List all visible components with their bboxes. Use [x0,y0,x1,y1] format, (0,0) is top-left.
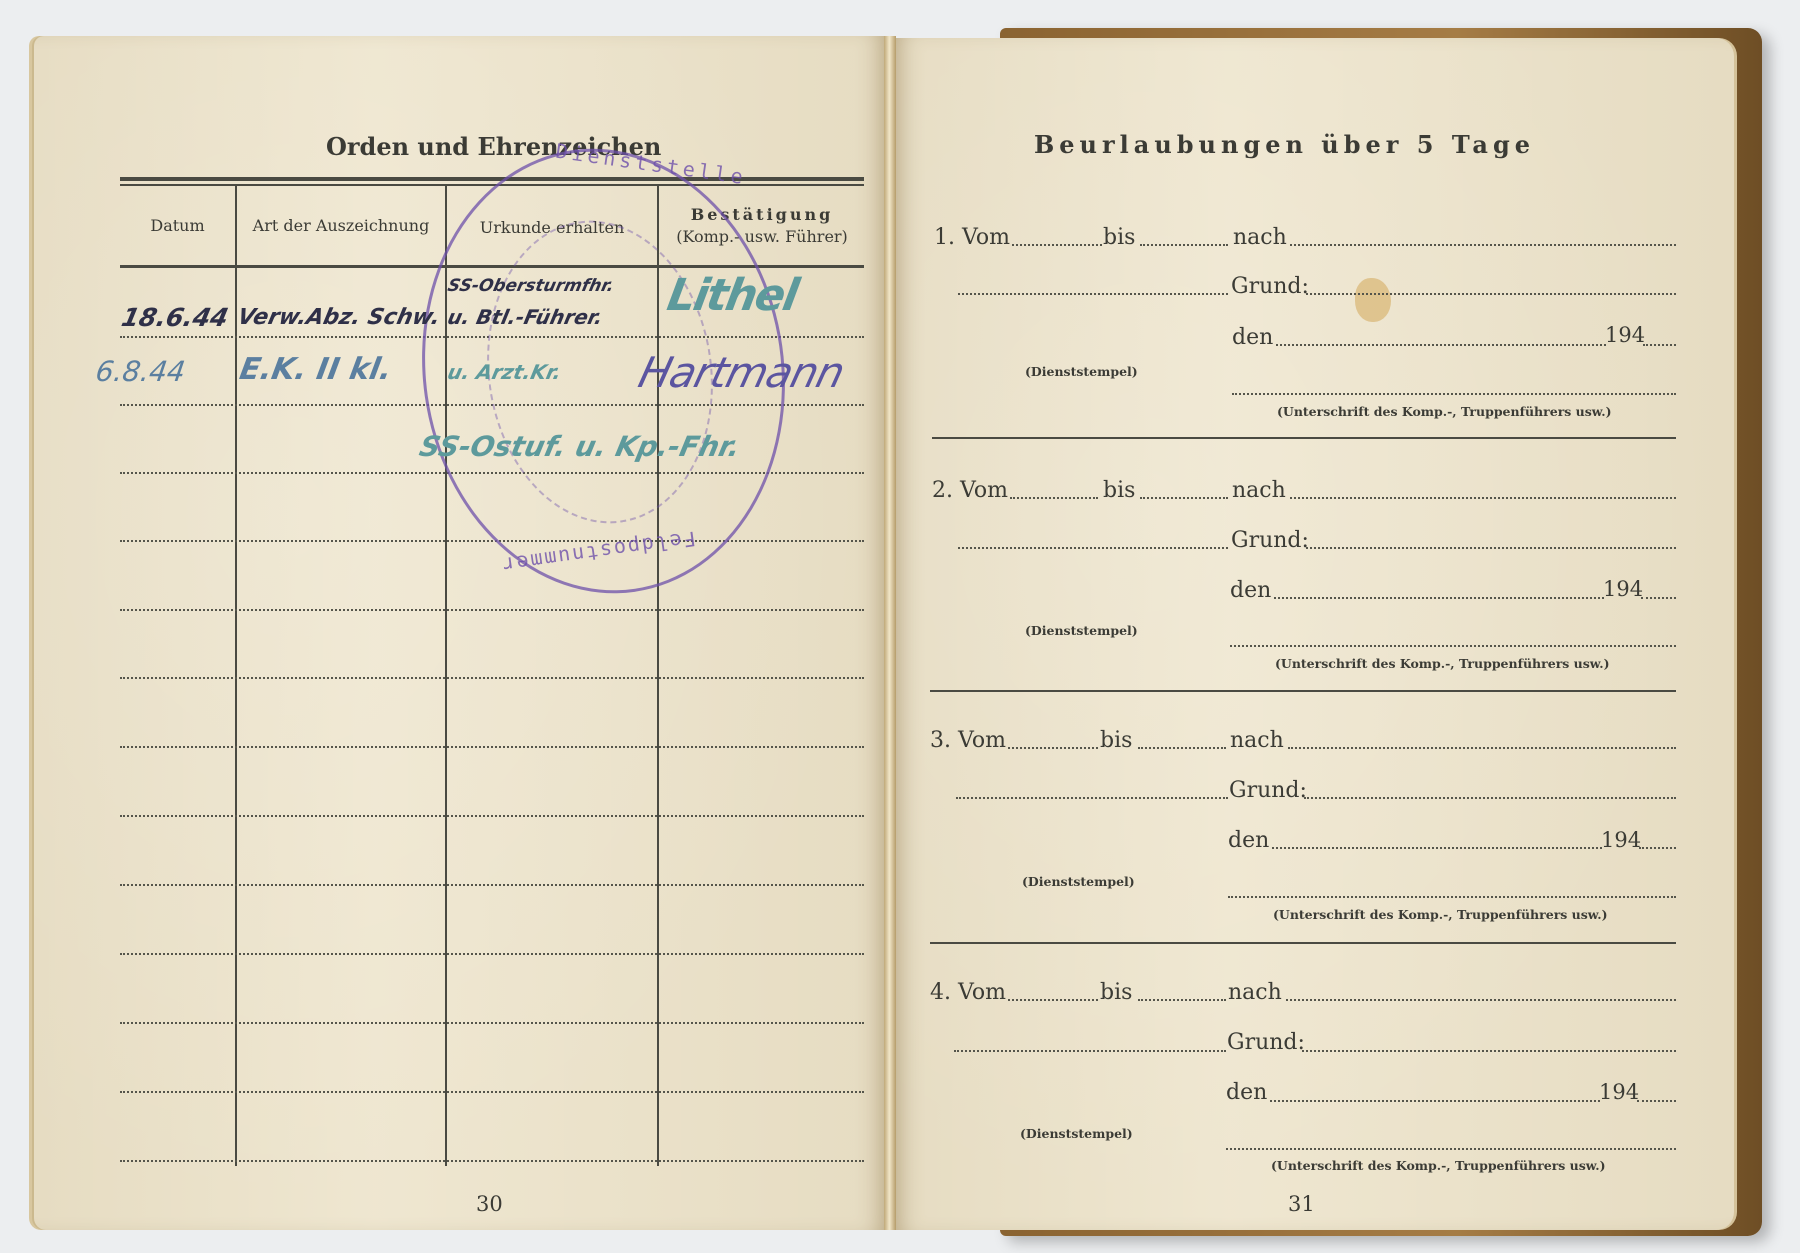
to-label: bis [1100,728,1132,753]
table-row-line [120,746,864,748]
column-divider [235,186,237,1166]
from-field[interactable] [1012,244,1102,246]
entry-2-signature: Hartmann [634,348,849,397]
to-field[interactable] [1138,999,1226,1001]
year-prefix: 194 [1603,577,1643,601]
from-field[interactable] [1010,497,1098,499]
to-label: bis [1103,478,1135,503]
col-header-award-type: Art der Auszeichnung [237,215,445,237]
destination-field[interactable] [1286,999,1676,1001]
destination-field-continued[interactable] [958,293,1228,295]
to-field[interactable] [1140,244,1228,246]
right-page-number: 31 [1288,1192,1315,1216]
table-row-line [120,540,864,542]
entry-number: 2. Vom [932,478,1008,503]
paper-stain [1355,278,1391,322]
table-row-line [120,815,864,817]
date-field[interactable] [1270,1100,1600,1102]
destination-label: nach [1230,728,1284,753]
entry-number: 3. Vom [930,728,1006,753]
table-row-line [120,1160,864,1162]
to-label: bis [1103,225,1135,250]
signature-caption: (Unterschrift des Komp.-, Truppenführers… [1275,656,1610,671]
from-field[interactable] [1008,747,1098,749]
year-prefix: 194 [1605,323,1645,347]
entry-1-certificate-line1: SS-Obersturmfhr. [446,276,616,296]
signature-caption: (Unterschrift des Komp.-, Truppenführers… [1273,907,1608,922]
entry-2-certificate: u. Arzt.Kr. [445,360,563,384]
entry-2-date: 6.8.44 [94,355,188,388]
destination-field[interactable] [1290,497,1676,499]
signature-caption: (Unterschrift des Komp.-, Truppenführers… [1277,404,1612,419]
year-prefix: 194 [1601,828,1641,852]
to-label: bis [1100,980,1132,1005]
entry-3-rank-note: SS-Ostuf. u. Kp.-Fhr. [416,430,743,463]
stamp-caption: (Dienststempel) [1020,1126,1133,1141]
year-field[interactable] [1639,847,1676,849]
destination-label: nach [1233,225,1287,250]
table-row-line [120,677,864,679]
destination-field-continued[interactable] [954,1050,1226,1052]
title-double-rule-top [120,177,864,181]
reason-field[interactable] [1306,547,1676,549]
left-page-number: 30 [476,1192,503,1216]
date-field[interactable] [1272,847,1602,849]
reason-field[interactable] [1302,1050,1676,1052]
date-label: den [1232,325,1273,350]
table-row-line [120,884,864,886]
entry-2-award: E.K. II kl. [237,352,395,387]
destination-label: nach [1232,478,1286,503]
stamp-caption: (Dienststempel) [1025,623,1138,638]
entry-1-award: Verw.Abz. Schw. [235,305,442,330]
date-label: den [1230,578,1271,603]
stamp-caption: (Dienststempel) [1025,364,1138,379]
col-header-date: Datum [120,215,235,237]
year-field[interactable] [1637,1100,1676,1102]
reason-label: Grund: [1227,1030,1305,1055]
year-field[interactable] [1641,597,1676,599]
destination-field-continued[interactable] [956,797,1228,799]
destination-field[interactable] [1290,244,1676,246]
table-row-line [120,953,864,955]
signature-field[interactable] [1228,896,1676,898]
destination-field-continued[interactable] [958,547,1228,549]
reason-field[interactable] [1306,293,1676,295]
table-row-line [120,1091,864,1093]
to-field[interactable] [1140,497,1228,499]
date-label: den [1228,828,1269,853]
entry-separator [930,690,1676,692]
entry-1-date: 18.6.44 [119,303,231,332]
reason-label: Grund: [1229,778,1307,803]
date-field[interactable] [1274,597,1604,599]
book-spine-gutter [884,36,896,1230]
reason-label: Grund: [1231,274,1309,299]
entry-separator [930,942,1676,944]
entry-1-certificate-line2: u. Btl.-Führer. [445,305,605,329]
table-row-line [120,1022,864,1024]
destination-field[interactable] [1288,747,1676,749]
stamp-caption: (Dienststempel) [1022,874,1135,889]
entry-number: 4. Vom [930,980,1006,1005]
entry-number: 1. Vom [934,225,1010,250]
from-field[interactable] [1008,999,1098,1001]
destination-label: nach [1228,980,1282,1005]
reason-label: Grund: [1231,528,1309,553]
year-prefix: 194 [1599,1080,1639,1104]
year-field[interactable] [1643,344,1676,346]
right-page-title: Beurlaubungen über 5 Tage [1034,130,1535,159]
table-row-line [120,609,864,611]
title-double-rule-bottom [120,184,864,186]
signature-caption: (Unterschrift des Komp.-, Truppenführers… [1271,1158,1606,1173]
entry-separator [932,437,1676,439]
signature-field[interactable] [1232,393,1676,395]
reason-field[interactable] [1304,797,1676,799]
date-field[interactable] [1276,344,1606,346]
signature-field[interactable] [1230,645,1676,647]
signature-field[interactable] [1226,1148,1676,1150]
entry-1-signature: Lithel [664,270,801,321]
to-field[interactable] [1138,747,1226,749]
date-label: den [1226,1080,1267,1105]
